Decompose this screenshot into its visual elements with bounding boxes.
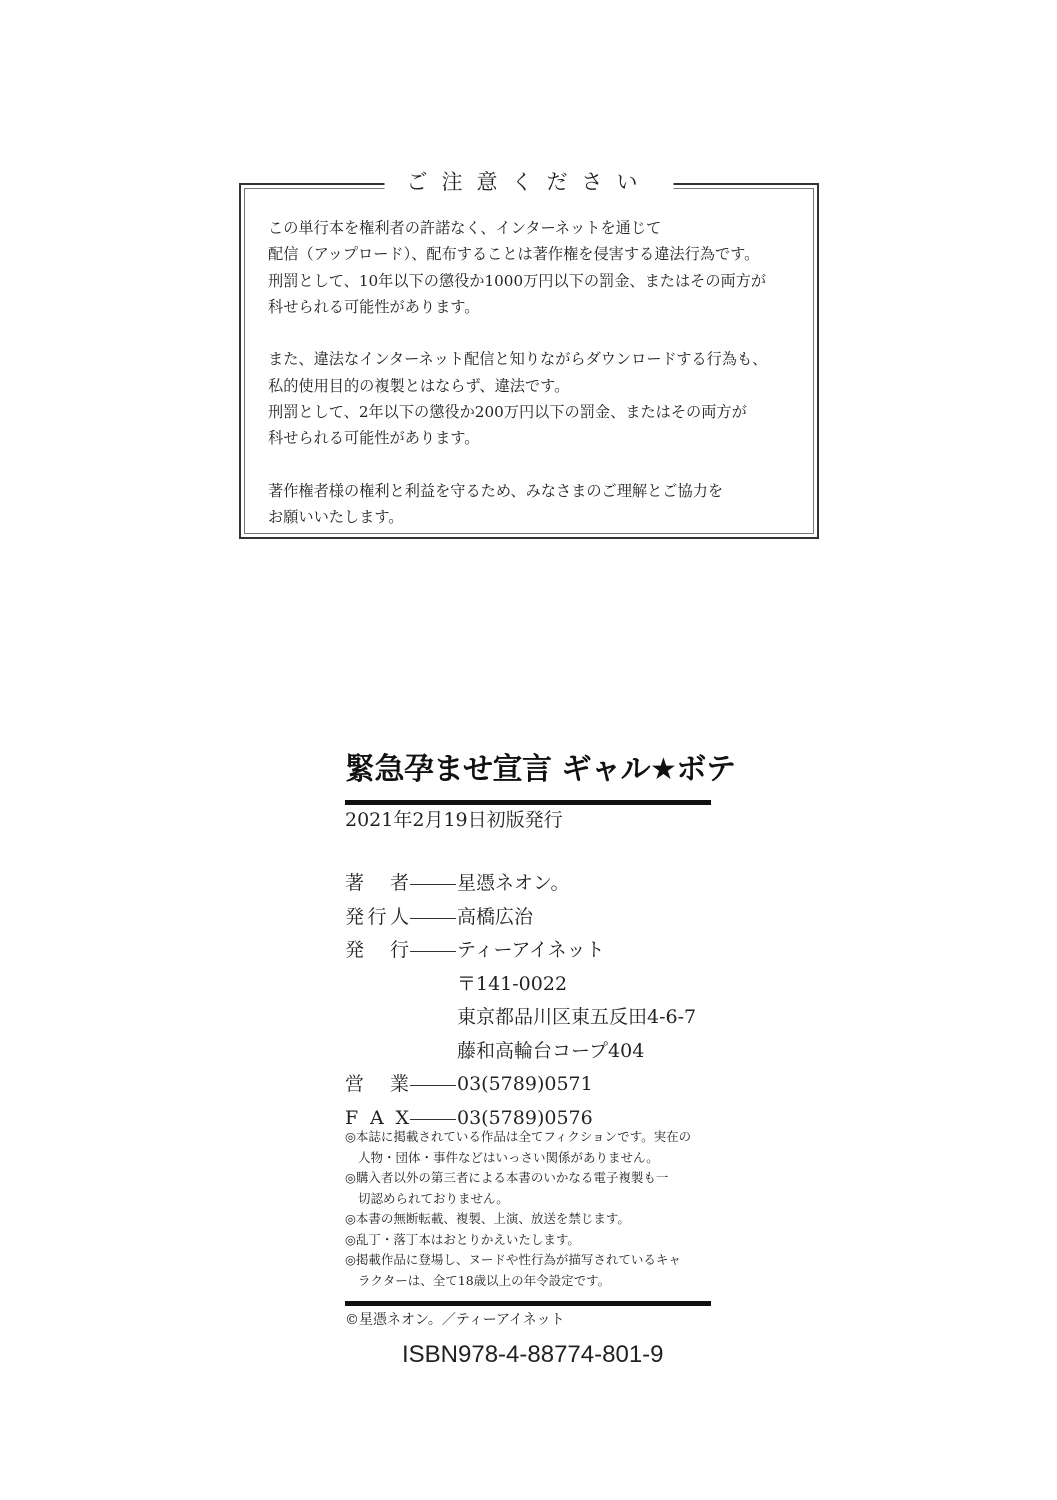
label-char: 著 [345,867,364,901]
credit-value: 東京都品川区東五反田4-6-7 [457,1001,696,1035]
credit-value: 03(5789)0571 [457,1068,593,1102]
address-postal-code: 〒141-0022 [345,968,711,1002]
note-misprint-exchange: ◎乱丁・落丁本はおとりかえいたします。 [345,1230,711,1251]
note-line: ◎本書の無断転載、複製、上演、放送を禁じます。 [345,1209,711,1230]
address-line-1: 東京都品川区東五反田4-6-7 [345,1001,711,1035]
credit-publisher-person: 発 行 人 高橋広治 [345,901,711,935]
notice-line: 刑罰として、10年以下の懲役か1000万円以下の罰金、またはその両方が [268,268,807,294]
note-no-reproduction: ◎本書の無断転載、複製、上演、放送を禁じます。 [345,1209,711,1230]
notice-paragraph-download: また、違法なインターネット配信と知りながらダウンロードする行為も、 私的使用目的… [268,346,807,451]
credit-sales-phone: 営 業 03(5789)0571 [345,1068,711,1102]
divider-bottom [345,1301,711,1306]
note-line: ◎購入者以外の第三者による本書のいかなる電子複製も一 [345,1168,711,1189]
credit-label: 著 者 [345,867,409,901]
label-char: 行 [390,934,409,968]
book-title: 緊急孕ませ宣言 ギャル★ボテ [345,750,735,790]
edition-date: 2021年2月19日初版発行 [345,807,563,833]
note-line: ◎本誌に掲載されている作品は全てフィクションです。実在の [345,1127,711,1148]
notice-line: 刑罰として、2年以下の懲役か200万円以下の罰金、またはその両方が [268,399,807,425]
credit-label: 発 行 [345,934,409,968]
notice-line: この単行本を権利者の許諾なく、インターネットを通じて [268,215,807,241]
credit-value: ティーアイネット [457,934,605,968]
leader-dash [410,1119,456,1120]
note-line: 人物・団体・事件などはいっさい関係がありません。 [345,1148,711,1169]
legal-notes: ◎本誌に掲載されている作品は全てフィクションです。実在の 人物・団体・事件などは… [345,1127,711,1291]
notice-line: 著作権者様の権利と利益を守るため、みなさまのご理解とご協力を [268,478,807,504]
label-char: 者 [390,867,409,901]
credits-list: 著 者 星憑ネオン。 発 行 人 高橋広治 発 行 ティーアイネット [345,867,711,1135]
copyright-line: ©星憑ネオン。／ティーアイネット [345,1309,565,1331]
label-char: 業 [390,1068,409,1102]
leader-dash [410,951,456,952]
notice-line: お願いいたします。 [268,504,807,530]
note-line: ◎乱丁・落丁本はおとりかえいたします。 [345,1230,711,1251]
credit-value: 〒141-0022 [457,968,567,1002]
isbn: ISBN978-4-88774-801-9 [402,1339,664,1371]
credit-publisher: 発 行 ティーアイネット [345,934,711,968]
note-fiction: ◎本誌に掲載されている作品は全てフィクションです。実在の 人物・団体・事件などは… [345,1127,711,1168]
label-char: 発 [345,901,364,935]
note-electronic-copy: ◎購入者以外の第三者による本書のいかなる電子複製も一 切認められておりません。 [345,1168,711,1209]
notice-line: 科せられる可能性があります。 [268,425,807,451]
notice-line: また、違法なインターネット配信と知りながらダウンロードする行為も、 [268,346,807,372]
note-line: 切認められておりません。 [345,1189,711,1210]
notice-line: 科せられる可能性があります。 [268,294,807,320]
notice-paragraph-request: 著作権者様の権利と利益を守るため、みなさまのご理解とご協力を お願いいたします。 [268,478,807,531]
leader-dash [410,1085,456,1086]
label-char: 人 [390,901,409,935]
notice-body: この単行本を権利者の許諾なく、インターネットを通じて 配信（アップロード）、配布… [268,215,807,531]
credit-value: 星憑ネオン。 [457,867,569,901]
copyright-notice-box: ご注意ください この単行本を権利者の許諾なく、インターネットを通じて 配信（アッ… [239,183,819,539]
notice-line: 私的使用目的の複製とはならず、違法です。 [268,373,807,399]
address-line-2: 藤和高輪台コープ404 [345,1035,711,1069]
leader-dash [410,918,456,919]
note-line: ラクターは、全て18歳以上の年令設定です。 [345,1271,711,1292]
credit-label: 発 行 人 [345,901,409,935]
label-char: 営 [345,1068,364,1102]
leader-dash [410,884,456,885]
credit-value: 高橋広治 [457,901,533,935]
divider-top [345,800,711,805]
note-line: ◎掲載作品に登場し、ヌードや性行為が描写されているキャ [345,1250,711,1271]
notice-line: 配信（アップロード）、配布することは著作権を侵害する違法行為です。 [268,241,807,267]
credit-author: 著 者 星憑ネオン。 [345,867,711,901]
note-age-setting: ◎掲載作品に登場し、ヌードや性行為が描写されているキャ ラクターは、全て18歳以… [345,1250,711,1291]
notice-paragraph-upload: この単行本を権利者の許諾なく、インターネットを通じて 配信（アップロード）、配布… [268,215,807,320]
credit-label: 営 業 [345,1068,409,1102]
credit-value: 藤和高輪台コープ404 [457,1035,644,1069]
notice-title: ご注意ください [385,167,674,197]
label-char: 行 [367,901,386,935]
label-char: 発 [345,934,364,968]
